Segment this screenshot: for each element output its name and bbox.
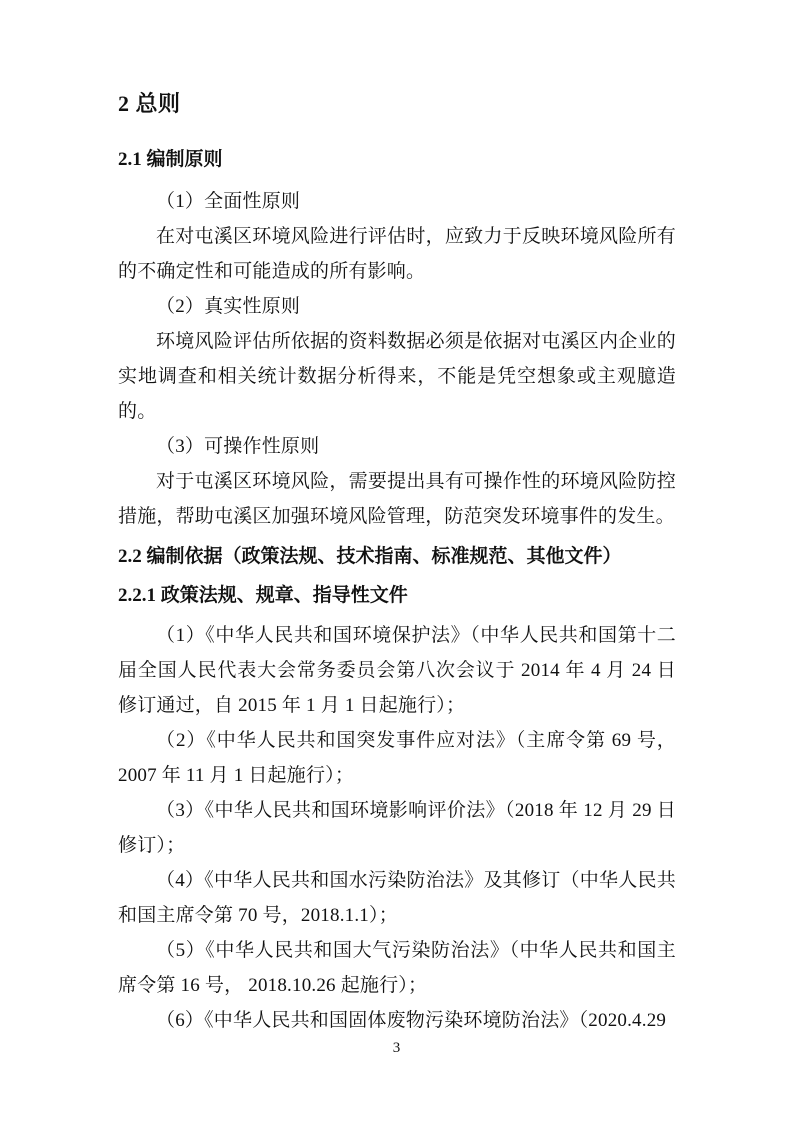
document-page: 2 总则 2.1 编制原则 （1）全面性原则 在对屯溪区环境风险进行评估时，应致… [0, 0, 793, 1122]
page-number: 3 [393, 1040, 401, 1056]
paragraph-principle-3-title: （3）可操作性原则 [118, 429, 676, 464]
page-footer: 3 [0, 1039, 793, 1057]
section-heading-2-1: 2.1 编制原则 [118, 146, 676, 174]
paragraph-law-5: （5）《中华人民共和国大气污染防治法》（中华人民共和国主席令第 16 号， 20… [118, 933, 676, 1003]
paragraph-law-6: （6）《中华人民共和国固体废物污染环境防治法》（2020.4.29 [118, 1003, 676, 1038]
paragraph-principle-3-body: 对于屯溪区环境风险，需要提出具有可操作性的环境风险防控措施，帮助屯溪区加强环境风… [118, 464, 676, 534]
paragraph-law-2: （2）《中华人民共和国突发事件应对法》（主席令第 69 号，2007 年 11 … [118, 723, 676, 793]
paragraph-law-4: （4）《中华人民共和国水污染防治法》及其修订（中华人民共和国主席令第 70 号，… [118, 863, 676, 933]
section-heading-2-2-1: 2.2.1 政策法规、规章、指导性文件 [118, 582, 676, 610]
paragraph-principle-1-body: 在对屯溪区环境风险进行评估时，应致力于反映环境风险所有的不确定性和可能造成的所有… [118, 219, 676, 289]
paragraph-principle-2-body: 环境风险评估所依据的资料数据必须是依据对屯溪区内企业的实地调查和相关统计数据分析… [118, 324, 676, 429]
document-content: 2 总则 2.1 编制原则 （1）全面性原则 在对屯溪区环境风险进行评估时，应致… [118, 88, 676, 1038]
section-heading-2-2: 2.2 编制依据（政策法规、技术指南、标准规范、其他文件） [118, 542, 676, 572]
paragraph-law-1: （1）《中华人民共和国环境保护法》（中华人民共和国第十二届全国人民代表大会常务委… [118, 618, 676, 723]
paragraph-principle-2-title: （2）真实性原则 [118, 289, 676, 324]
section-heading-2: 2 总则 [118, 88, 676, 120]
paragraph-law-3: （3）《中华人民共和国环境影响评价法》（2018 年 12 月 29 日修订）； [118, 793, 676, 863]
paragraph-principle-1-title: （1）全面性原则 [118, 184, 676, 219]
